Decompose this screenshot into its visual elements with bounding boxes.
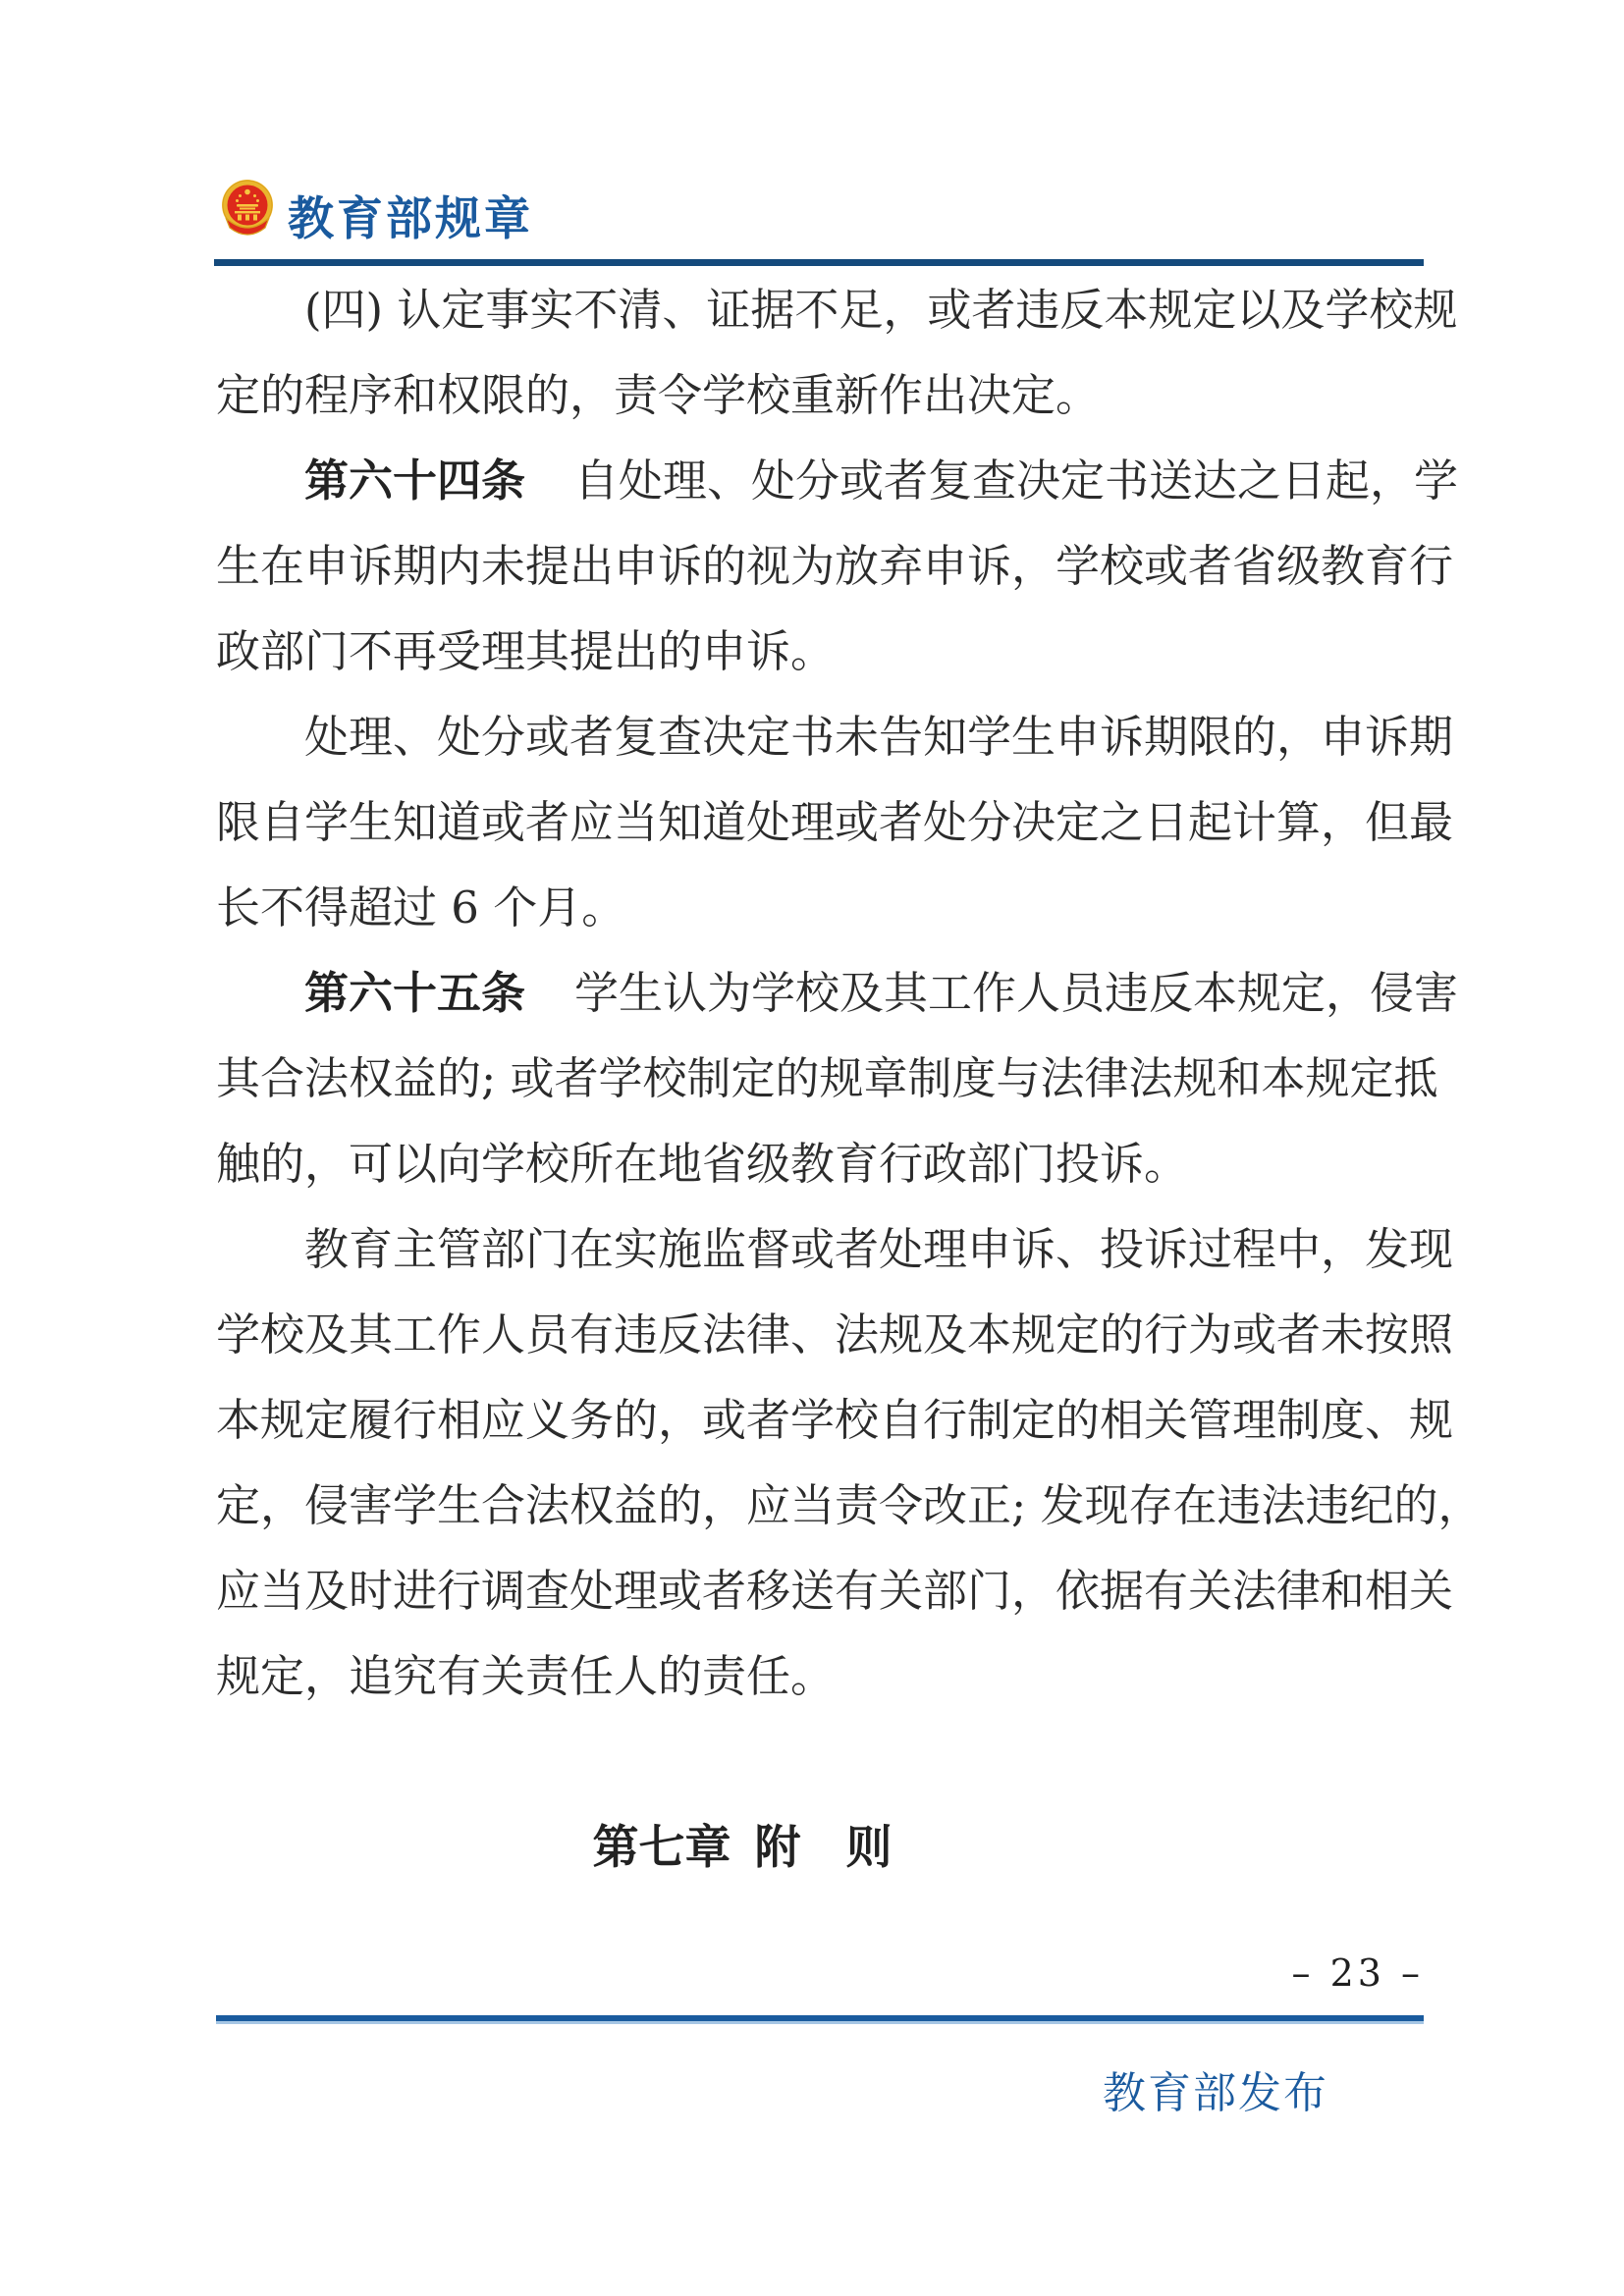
body-line: 应当及时进行调查处理或者移送有关部门，依据有关法律和相关	[216, 1548, 1426, 1633]
body-line: 政部门不再受理其提出的申诉。	[216, 609, 1426, 694]
body-line: 本规定履行相应义务的，或者学校自行制定的相关管理制度、规	[216, 1377, 1426, 1463]
body-line-text: 限自学生知道或者应当知道处理或者处分决定之日起计算，但最	[216, 796, 1453, 848]
body-line: 处理、处分或者复查决定书未告知学生申诉期限的，申诉期	[216, 694, 1426, 779]
body-line-text: 自处理、处分或者复查决定书送达之日起，学	[574, 454, 1458, 507]
article-number: 第六十五条	[304, 967, 525, 1019]
chapter-title-char: 则	[846, 1821, 893, 1875]
body-line-text: 本规定履行相应义务的，或者学校自行制定的相关管理制度、规	[216, 1394, 1453, 1446]
body-line-text: 触的，可以向学校所在地省级教育行政部门投诉。	[216, 1138, 1188, 1190]
body-line-text: 政部门不再受理其提出的申诉。	[216, 625, 835, 677]
body-line-text: 处理、处分或者复查决定书未告知学生申诉期限的，申诉期	[304, 711, 1453, 763]
body-line: 长不得超过 6 个月。	[216, 865, 1426, 950]
body-line: 定的程序和权限的，责令学校重新作出决定。	[216, 352, 1426, 438]
body-line: 触的，可以向学校所在地省级教育行政部门投诉。	[216, 1121, 1426, 1206]
document-body: (四) 认定事实不清、证据不足，或者违反本规定以及学校规 定的程序和权限的，责令…	[216, 267, 1426, 1719]
body-line-text: 应当及时进行调查处理或者移送有关部门，依据有关法律和相关	[216, 1565, 1453, 1617]
body-line: 教育主管部门在实施监督或者处理申诉、投诉过程中，发现	[216, 1206, 1426, 1292]
body-line: 规定，追究有关责任人的责任。	[216, 1633, 1426, 1719]
chapter-heading: 第七章附则	[137, 1811, 1347, 1877]
page-title: 教育部规章	[288, 183, 533, 248]
body-line-text: 教育主管部门在实施监督或者处理申诉、投诉过程中，发现	[304, 1223, 1453, 1275]
body-line-text: (四) 认定事实不清、证据不足，或者违反本规定以及学校规	[304, 284, 1457, 336]
body-line-text: 其合法权益的; 或者学校制定的规章制度与法律法规和本规定抵	[216, 1052, 1437, 1104]
article-number: 第六十四条	[304, 454, 525, 507]
body-line: (四) 认定事实不清、证据不足，或者违反本规定以及学校规	[216, 267, 1426, 352]
body-line: 限自学生知道或者应当知道处理或者处分决定之日起计算，但最	[216, 779, 1426, 865]
body-line-text: 学校及其工作人员有违反法律、法规及本规定的行为或者未按照	[216, 1308, 1453, 1361]
page-number: – 23 –	[216, 1951, 1424, 1995]
publisher-label: 教育部发布	[216, 2057, 1424, 2120]
body-line: 学校及其工作人员有违反法律、法规及本规定的行为或者未按照	[216, 1292, 1426, 1377]
body-line: 生在申诉期内未提出申诉的视为放弃申诉，学校或者省级教育行	[216, 523, 1426, 609]
body-line-text: 生在申诉期内未提出申诉的视为放弃申诉，学校或者省级教育行	[216, 540, 1453, 592]
national-emblem-icon	[220, 179, 275, 240]
body-line-text: 定的程序和权限的，责令学校重新作出决定。	[216, 369, 1100, 421]
body-line-text: 学生认为学校及其工作人员违反本规定，侵害	[574, 967, 1458, 1019]
footer-rule	[216, 2015, 1424, 2021]
header-rule	[214, 259, 1424, 266]
chapter-title-char: 附	[755, 1821, 801, 1875]
body-line: 定，侵害学生合法权益的，应当责令改正; 发现存在违法违纪的，	[216, 1463, 1426, 1548]
body-line-text: 定，侵害学生合法权益的，应当责令改正; 发现存在违法违纪的，	[216, 1479, 1482, 1531]
body-line: 其合法权益的; 或者学校制定的规章制度与法律法规和本规定抵	[216, 1036, 1426, 1121]
body-line-text: 规定，追究有关责任人的责任。	[216, 1650, 835, 1702]
body-line: 第六十四条自处理、处分或者复查决定书送达之日起，学	[216, 438, 1426, 523]
body-line-text: 长不得超过 6 个月。	[216, 881, 625, 934]
chapter-number: 第七章	[593, 1821, 731, 1875]
body-line: 第六十五条学生认为学校及其工作人员违反本规定，侵害	[216, 950, 1426, 1036]
document-page: 教育部规章 (四) 认定事实不清、证据不足，或者违反本规定以及学校规 定的程序和…	[0, 0, 1624, 2296]
